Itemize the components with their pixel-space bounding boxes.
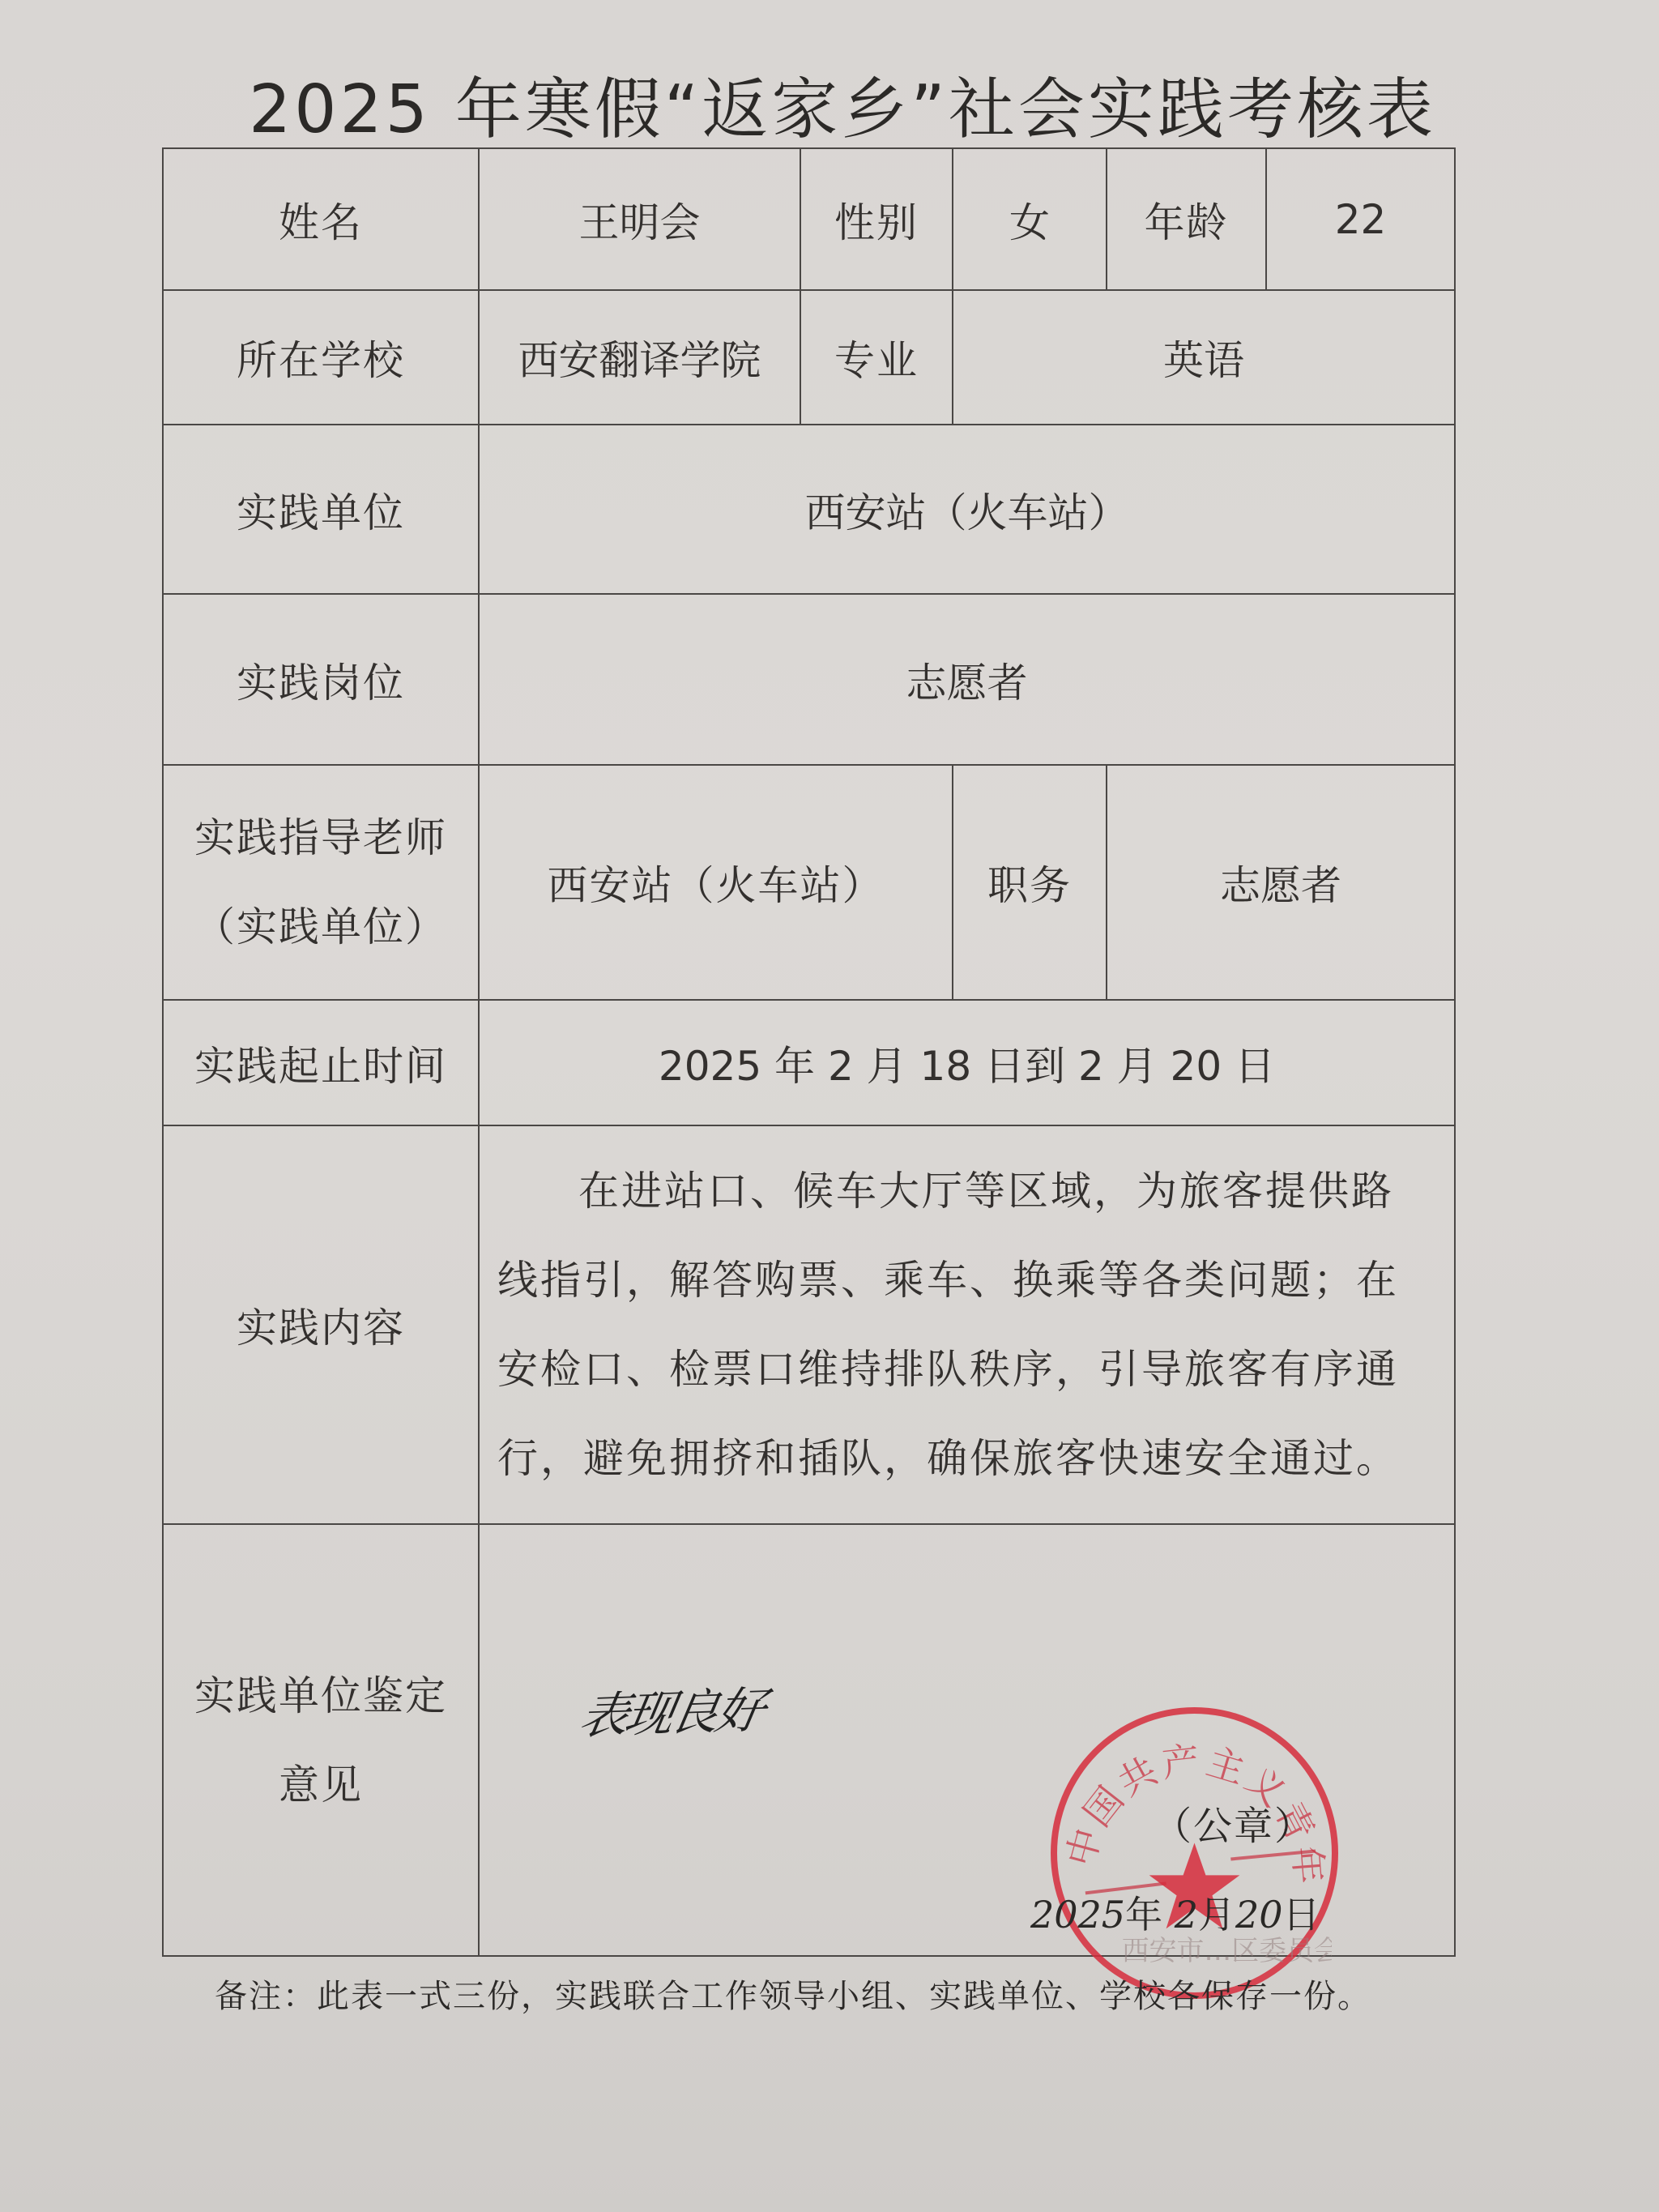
handwritten-comment: 表现良好 — [574, 1672, 768, 1748]
footnote: 备注：此表一式三份，实践联合工作领导小组、实践单位、学校各保存一份。 — [215, 1971, 1371, 2017]
row-school: 所在学校 西安翻译学院 专业 英语 — [163, 290, 1455, 425]
date-day-suffix: 日 — [1283, 1893, 1320, 1937]
school-label: 所在学校 — [163, 290, 479, 425]
school-value: 西安翻译学院 — [479, 290, 800, 425]
supervisor-value: 西安站（火车站） — [479, 765, 953, 1000]
content-label: 实践内容 — [163, 1125, 479, 1524]
content-value: 在进站口、候车大厅等区域，为旅客提供路线指引，解答购票、乘车、换乘等各类问题；在… — [479, 1125, 1455, 1524]
signature-date: 2025年 2月20日 — [1030, 1885, 1320, 1939]
appraisal-value: 表现良好 中国共产主义青年团 西安市…区委员会 （公 — [479, 1524, 1455, 1956]
row-practice-post: 实践岗位 志愿者 — [163, 594, 1455, 765]
seal-caption: （公章） — [1153, 1795, 1315, 1851]
svg-text:西安市…区委员会: 西安市…区委员会 — [1122, 1935, 1332, 1966]
age-label: 年龄 — [1107, 148, 1266, 290]
date-month-suffix: 月 — [1198, 1893, 1235, 1937]
appraisal-label: 实践单位鉴定 意见 — [163, 1524, 479, 1956]
row-practice-unit: 实践单位 西安站（火车站） — [163, 425, 1455, 594]
major-value: 英语 — [953, 290, 1455, 425]
gender-label: 性别 — [800, 148, 953, 290]
official-seal: 中国共产主义青年团 西安市…区委员会 （公章） — [1051, 1707, 1338, 1999]
row-basic-info: 姓名 王明会 性别 女 年龄 22 — [163, 148, 1455, 290]
age-value: 22 — [1266, 148, 1455, 290]
practice-unit-value: 西安站（火车站） — [479, 425, 1455, 594]
practice-post-label: 实践岗位 — [163, 594, 479, 765]
seal-ring-text-icon: 中国共产主义青年团 西安市…区委员会 — [1057, 1714, 1332, 1992]
practice-unit-label: 实践单位 — [163, 425, 479, 594]
position-value: 志愿者 — [1107, 765, 1455, 1000]
date-year-suffix: 年 — [1125, 1893, 1162, 1937]
period-value: 2025 年 2 月 18 日到 2 月 20 日 — [479, 1000, 1455, 1125]
supervisor-label-line2: （实践单位） — [164, 882, 478, 971]
name-label: 姓名 — [163, 148, 479, 290]
supervisor-label-line1: 实践指导老师 — [164, 793, 478, 882]
appraisal-label-line1: 实践单位鉴定 — [164, 1651, 478, 1740]
practice-post-value: 志愿者 — [479, 594, 1455, 765]
content-text: 在进站口、候车大厅等区域，为旅客提供路线指引，解答购票、乘车、换乘等各类问题；在… — [497, 1168, 1399, 1482]
row-content: 实践内容 在进站口、候车大厅等区域，为旅客提供路线指引，解答购票、乘车、换乘等各… — [163, 1125, 1455, 1524]
supervisor-label: 实践指导老师 （实践单位） — [163, 765, 479, 1000]
row-appraisal: 实践单位鉴定 意见 表现良好 中国共产主义青年团 — [163, 1524, 1455, 1956]
form-title: 2025 年寒假“返家乡”社会实践考核表 — [243, 57, 1442, 152]
date-year: 2025 — [1030, 1893, 1125, 1937]
name-value: 王明会 — [479, 148, 800, 290]
assessment-table: 姓名 王明会 性别 女 年龄 22 所在学校 西安翻译学院 专业 英语 实践单位… — [162, 147, 1456, 1957]
date-month: 2 — [1175, 1893, 1198, 1937]
appraisal-label-line2: 意见 — [164, 1740, 478, 1830]
row-supervisor: 实践指导老师 （实践单位） 西安站（火车站） 职务 志愿者 — [163, 765, 1455, 1000]
position-label: 职务 — [953, 765, 1107, 1000]
gender-value: 女 — [953, 148, 1107, 290]
major-label: 专业 — [800, 290, 953, 425]
row-period: 实践起止时间 2025 年 2 月 18 日到 2 月 20 日 — [163, 1000, 1455, 1125]
date-day: 20 — [1235, 1893, 1283, 1937]
period-label: 实践起止时间 — [163, 1000, 479, 1125]
scanned-form-page: 2025 年寒假“返家乡”社会实践考核表 姓名 王明会 性别 女 年龄 22 所… — [0, 0, 1659, 2212]
